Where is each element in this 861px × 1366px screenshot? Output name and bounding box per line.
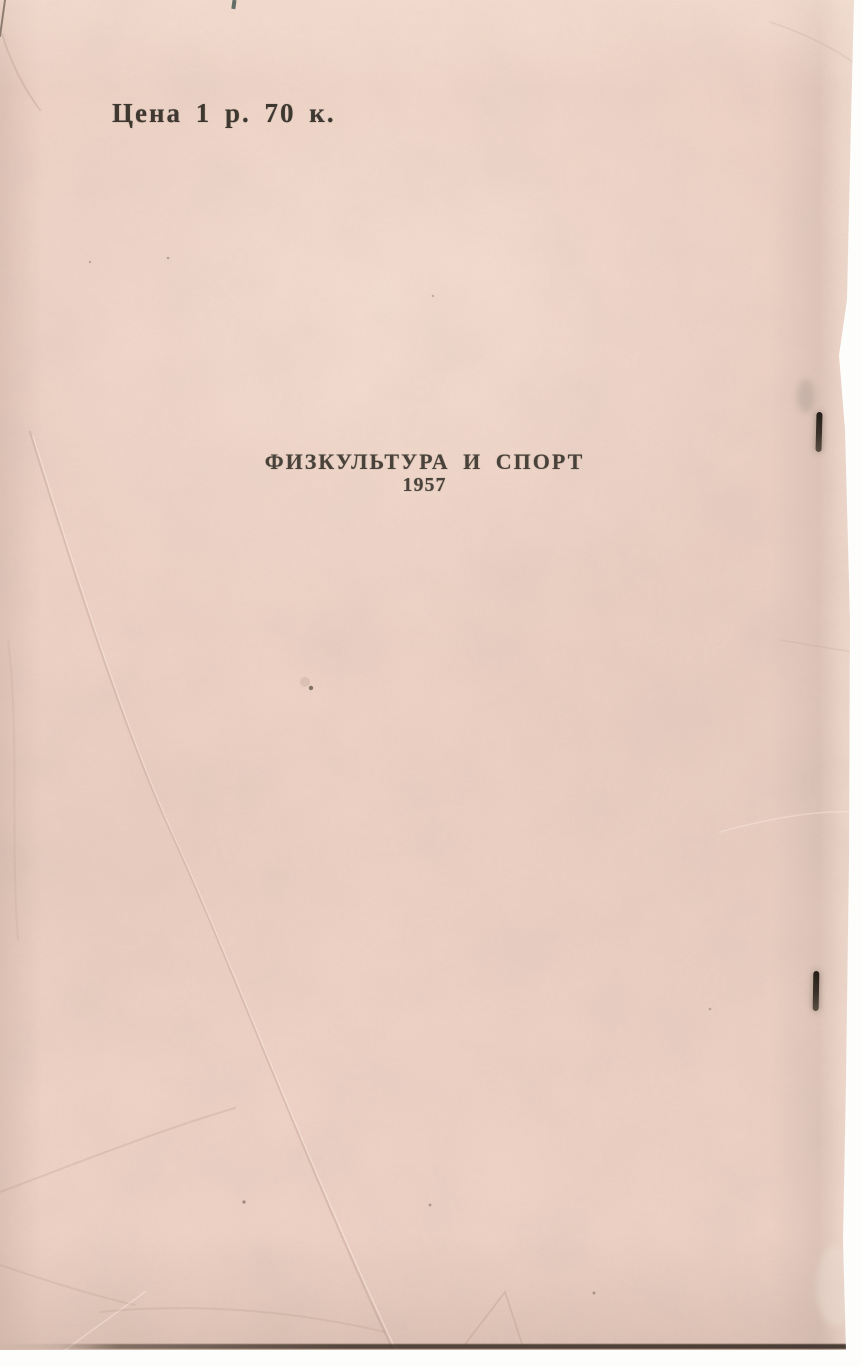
year-label: 1957 [0, 474, 849, 497]
scan-background: Цена 1 р. 70 к. ФИЗКУЛЬТУРА И СПОРТ 1957 [0, 0, 861, 1366]
crease-lines [0, 0, 853, 1350]
price-label: Цена 1 р. 70 к. [112, 98, 336, 129]
page-bottom-edge [0, 1344, 849, 1349]
paper-texture [0, 0, 855, 1350]
staple-mark-top [815, 412, 822, 452]
crease-marks-layer [0, 0, 855, 1350]
book-page: Цена 1 р. 70 к. ФИЗКУЛЬТУРА И СПОРТ 1957 [0, 0, 855, 1350]
staple-mark-bottom [813, 971, 820, 1011]
publisher-imprint: ФИЗКУЛЬТУРА И СПОРТ [0, 449, 849, 475]
smudges-and-specks [89, 0, 855, 1326]
